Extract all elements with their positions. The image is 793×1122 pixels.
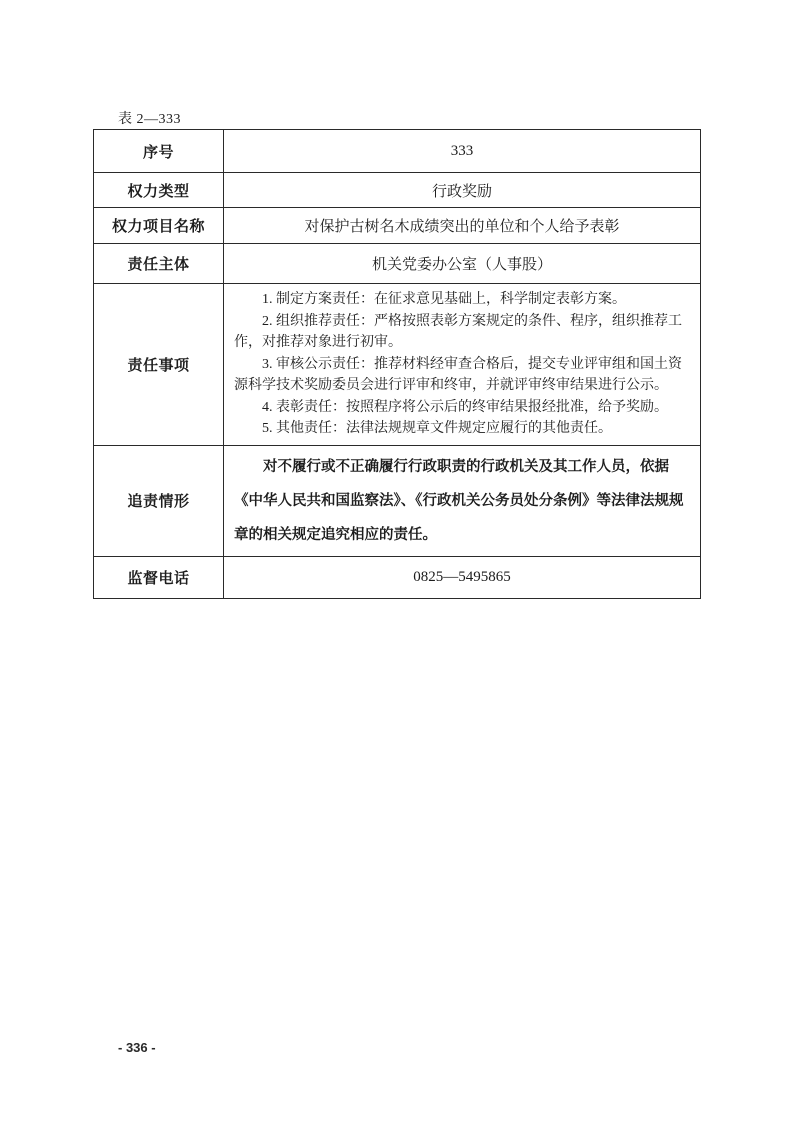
document-page: 表 2—333 序号 333 权力类型 行政奖励 权力项目名称 对保护古树名木成… [0,0,793,1122]
row-value-power-item-name: 对保护古树名木成绩突出的单位和个人给予表彰 [224,208,701,244]
row-label-power-item-name: 权力项目名称 [94,208,224,244]
power-responsibility-table: 序号 333 权力类型 行政奖励 权力项目名称 对保护古树名木成绩突出的单位和个… [93,129,701,599]
row-label-supervision-phone: 监督电话 [94,556,224,598]
responsibility-item: 5. 其他责任：法律法规规章文件规定应履行的其他责任。 [234,418,692,440]
page-number: - 336 - [118,1040,156,1055]
table-row: 权力项目名称 对保护古树名木成绩突出的单位和个人给予表彰 [94,208,701,244]
table-row: 序号 333 [94,130,701,173]
row-value-responsible-entity: 机关党委办公室（人事股） [224,244,701,284]
table-row: 追责情形 对不履行或不正确履行行政职责的行政机关及其工作人员，依据《中华人民共和… [94,445,701,556]
responsibility-item: 3. 审核公示责任：推荐材料经审查合格后，提交专业评审组和国土资源科学技术奖励委… [234,354,692,397]
table-row: 责任主体 机关党委办公室（人事股） [94,244,701,284]
row-value-responsibility-items: 1. 制定方案责任：在征求意见基础上，科学制定表彰方案。 2. 组织推荐责任：严… [224,284,701,446]
table-row: 责任事项 1. 制定方案责任：在征求意见基础上，科学制定表彰方案。 2. 组织推… [94,284,701,446]
row-value-accountability-circumstances: 对不履行或不正确履行行政职责的行政机关及其工作人员，依据《中华人民共和国监察法》… [224,445,701,556]
row-label-responsibility-items: 责任事项 [94,284,224,446]
row-value-serial-number: 333 [224,130,701,173]
row-label-accountability-circumstances: 追责情形 [94,445,224,556]
responsibility-item: 2. 组织推荐责任：严格按照表彰方案规定的条件、程序，组织推荐工作，对推荐对象进… [234,311,692,354]
responsibility-item: 4. 表彰责任：按照程序将公示后的终审结果报经批准，给予奖励。 [234,397,692,419]
table-row: 监督电话 0825—5495865 [94,556,701,598]
accountability-text: 对不履行或不正确履行行政职责的行政机关及其工作人员，依据《中华人民共和国监察法》… [234,450,690,552]
row-label-power-type: 权力类型 [94,173,224,208]
row-label-responsible-entity: 责任主体 [94,244,224,284]
row-value-power-type: 行政奖励 [224,173,701,208]
row-label-serial-number: 序号 [94,130,224,173]
row-value-supervision-phone: 0825—5495865 [224,556,701,598]
responsibility-item: 1. 制定方案责任：在征求意见基础上，科学制定表彰方案。 [234,289,692,311]
table-caption: 表 2—333 [118,108,181,128]
table-row: 权力类型 行政奖励 [94,173,701,208]
